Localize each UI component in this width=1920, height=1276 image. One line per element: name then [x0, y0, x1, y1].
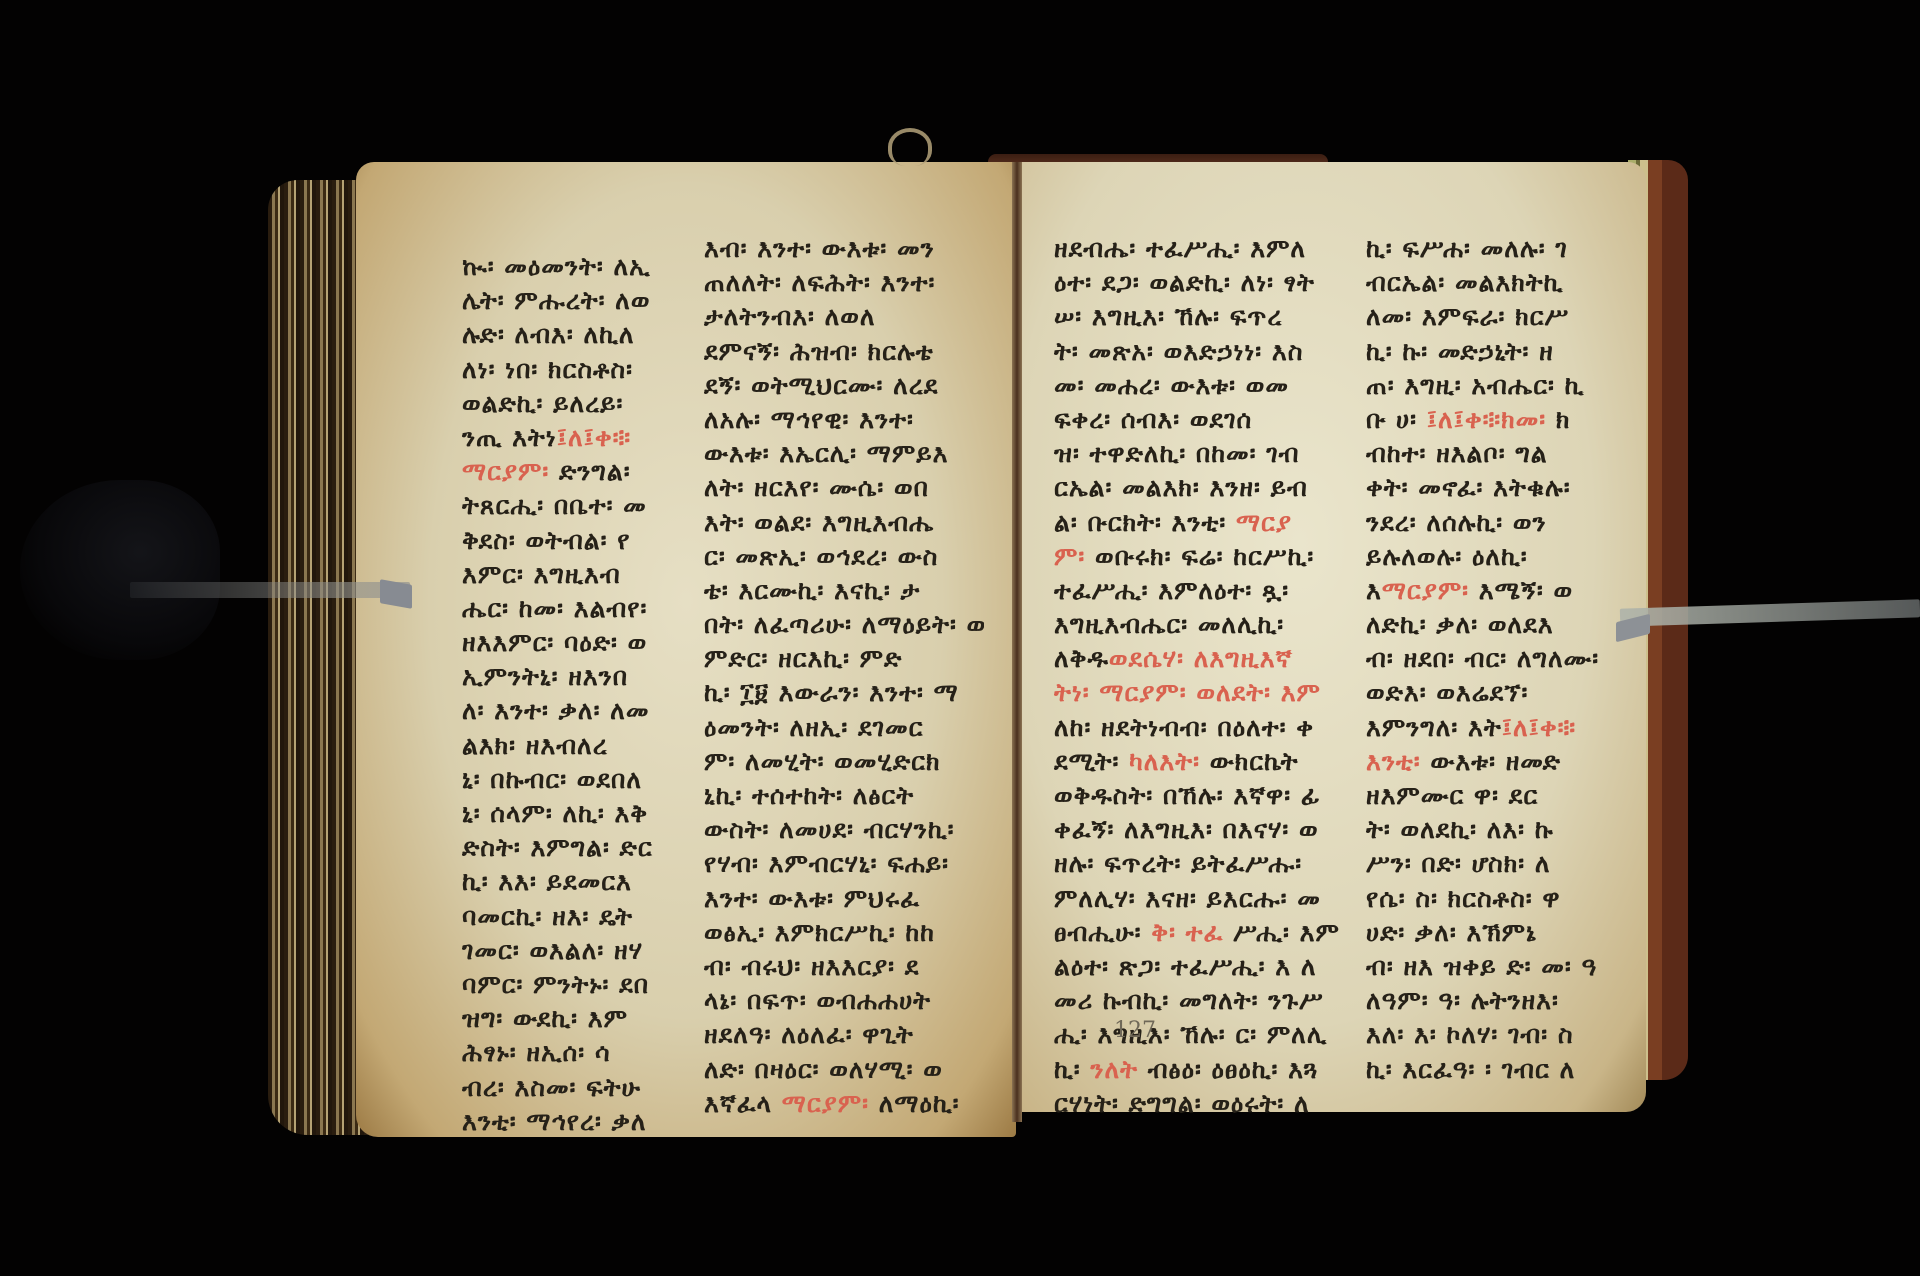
ink-text: ተፈሥሒ፡ እምለዕተ፡ ጿ፡: [1054, 576, 1289, 605]
ink-text: ልእክ፡ ዘእብለረ: [462, 731, 608, 760]
manuscript-line: ጠለለት፡ ለፍሕት፡ እንተ፡: [704, 266, 984, 300]
manuscript-line: ብከተ፡ ዘእልቦ፡ ግል: [1366, 437, 1606, 471]
ink-text: ቡ ሀ፡: [1366, 405, 1427, 434]
ink-text: ውእቱ፡ እኤርሊ፡ ማምይእ: [704, 439, 948, 468]
manuscript-line: ኪ፡ ንለት ብፅዕ፡ ዕፀዕኪ፡ እጓ: [1054, 1053, 1344, 1087]
ink-text: ባመርኪ፡ ዘእ፡ ዴት: [462, 902, 633, 931]
manuscript-line: ዘእምሙር ዋ፡ ደር: [1366, 779, 1606, 813]
manuscript-line: ቅደስ፡ ወትብል፡ የ: [462, 524, 692, 558]
ink-text: ዘእእምር፡ ባዕድ፡ ወ: [462, 628, 647, 657]
manuscript-line: ሌት፡ ምሑረት፡ ለወ: [462, 284, 692, 318]
manuscript-line: ኲ፡ መዕመንት፡ ለኢ: [462, 250, 692, 284]
ink-text: ዘደብሔ፡ ተፈሥሒ፡ እምለ: [1054, 234, 1306, 263]
ink-text: ሠ፡ እግዚእ፡ ኸሉ፡ ፍጥረ: [1054, 302, 1282, 331]
rubric-text: እንቲ፡: [1366, 747, 1421, 776]
ink-text: ደምናኝ፡ ሕዝብ፡ ክርሉቴ: [704, 337, 934, 366]
manuscript-line: ደኝ፡ ወትሚህርሙ፡ ለረደ: [704, 369, 984, 403]
ink-text: ት፡ ወለደኪ፡ ለእ፡ ኩ: [1366, 815, 1554, 844]
manuscript-line: ሀድ፡ ቃለ፡ እኽምኔ: [1366, 916, 1606, 950]
ink-text: የሴ፡ ስ፡ ክርስቶስ፡ ዋ: [1366, 884, 1561, 913]
manuscript-line: ቀት፡ መኖፈ፡ እትቁሉ፡: [1366, 471, 1606, 505]
ink-text: ቀት፡ መኖፈ፡ እትቁሉ፡: [1366, 473, 1571, 502]
manuscript-line: ብረ፡ እስመ፡ ፍትሁ: [462, 1071, 692, 1105]
ink-text: ክ: [1546, 405, 1570, 434]
manuscript-line: ሕፃኑ፡ ዘኢሰ፡ ሳ: [462, 1036, 692, 1070]
manuscript-line: ደምናኝ፡ ሕዝብ፡ ክርሉቴ: [704, 335, 984, 369]
ink-text: ንደረ፡ ለሰሉኪ፡ ወን: [1366, 508, 1547, 537]
manuscript-line: ለ፡ እንተ፡ ቃለ፡ ለመ: [462, 694, 692, 728]
ink-text: እት፡ ወልደ፡ እግዚእብሔ: [704, 508, 934, 537]
manuscript-line: ቴ፡ እርሙኪ፡ እናኪ፡ ታ: [704, 574, 984, 608]
ink-text: ኪ፡ ፲፱ እውራን፡ እንተ፡ ማ: [704, 678, 959, 707]
ink-text: ላኔ፡ በፍጥ፡ ወብሐሐሀት: [704, 986, 931, 1015]
ink-text: እምንግለ፡ እት: [1366, 713, 1502, 742]
ink-text: እብ፡ እንተ፡ ውእቱ፡ መን: [704, 234, 935, 263]
ink-text: ፀብሒሁ፡: [1054, 918, 1151, 947]
ink-text: እምር፡ እግዚእብ: [462, 560, 621, 589]
manuscript-line: ለአሉ፡ ማኅየዊ፡ እንተ፡: [704, 403, 984, 437]
ink-text: ኪ፡ ኩ፡ መድኃኒት፡ ዘ: [1366, 337, 1554, 366]
rubric-text: ፤ለ፤ቀ፨ክመ፡: [1427, 405, 1546, 434]
rubric-text: ማርያ: [1236, 508, 1292, 537]
right-page-column-a: ዘደብሔ፡ ተፈሥሒ፡ እምለዕተ፡ ደጋ፡ ወልድኪ፡ ለነ፡ ፃትሠ፡ እግ…: [1054, 232, 1344, 1121]
manuscript-line: ደሚት፡ ካለእት፡ ውክርኬት: [1054, 745, 1344, 779]
ink-text: ሒ፡ እግዚእ፡ ኸሉ፡ ር፡ ምለሊ: [1054, 1020, 1327, 1049]
ink-text: ለ፡ እንተ፡ ቃለ፡ ለመ: [462, 696, 649, 725]
ink-text: ዝ፡ ተዋድለኪ፡ በከመ፡ ገብ: [1054, 439, 1300, 468]
ink-text: ኪ፡ እእ፡ ይደመርእ: [462, 867, 632, 896]
manuscript-line: እት፡ ወልደ፡ እግዚእብሔ: [704, 506, 984, 540]
folio-number: 127: [1114, 1018, 1156, 1043]
manuscript-line: እኛፈላ ማርያም፡ ለማዕኪ፡: [704, 1087, 984, 1121]
manuscript-line: ድስት፡ እምግል፡ ድር: [462, 831, 692, 865]
manuscript-line: ልዕተ፡ ጽጋ፡ ተፈሥሒ፡ እ ለ: [1054, 950, 1344, 984]
ink-text: እግዚእብሔር፡ መለሊኪ፡: [1054, 610, 1284, 639]
ink-text: ለመ፡ እምፍራ፡ ክርሥ: [1366, 302, 1569, 331]
manuscript-line: ዘእእምር፡ ባዕድ፡ ወ: [462, 626, 692, 660]
manuscript-line: ኪ፡ ኩ፡ መድኃኒት፡ ዘ: [1366, 335, 1606, 369]
ink-text: ብርኤል፡ መልእክትኪ: [1366, 268, 1563, 297]
manuscript-line: ቡ ሀ፡ ፤ለ፤ቀ፨ክመ፡ ክ: [1366, 403, 1606, 437]
manuscript-line: ብ፡ ዘእ ዝቀይ ድ፡ መ፡ ዓ: [1366, 950, 1606, 984]
ink-text: ርሃነት፡ ድግግል፡ ወዕሩት፡ ለ: [1054, 1089, 1310, 1118]
ink-text: ሥን፡ በድ፡ ሆስክ፡ ለ: [1366, 849, 1551, 878]
rubric-text: ቅ፡ ተፈ: [1151, 918, 1223, 947]
manuscript-line: ዘደለዓ፡ ለዕለፈ፡ ዋጊት: [704, 1018, 984, 1052]
manuscript-line: ጠ፡ እግዚ፡ አብሔር፡ ኪ: [1366, 369, 1606, 403]
ink-text: ቴ፡ እርሙኪ፡ እናኪ፡ ታ: [704, 576, 920, 605]
ink-text: ኒኪ፡ ተሰተከት፡ ለፅርት: [704, 781, 914, 810]
gutter: [1012, 162, 1022, 1122]
manuscript-line: ምለሊሃ፡ እናዘ፡ ይእርሑ፡ መ: [1054, 882, 1344, 916]
manuscript-line: የሃብ፡ እምብርሃኒ፡ ፍሐይ፡: [704, 847, 984, 881]
ink-text: ር፡ መጽኢ፡ ወኅደረ፡ ውስ: [704, 542, 938, 571]
ink-text: ኒ፡ ሰላም፡ ለኪ፡ እቅ: [462, 799, 648, 828]
manuscript-line: ገመር፡ ወእልለ፡ ዘሃ: [462, 934, 692, 968]
manuscript-line: ለድኪ፡ ቃለ፡ ወለደእ: [1366, 608, 1606, 642]
ink-text: ምለሊሃ፡ እናዘ፡ ይእርሑ፡ መ: [1054, 884, 1321, 913]
ink-text: ብ፡ ብሩህ፡ ዘእእርያ፡ ደ: [704, 952, 919, 981]
left-page-column-b: እብ፡ እንተ፡ ውእቱ፡ መንጠለለት፡ ለፍሕት፡ እንተ፡ታለትንብእ፡ …: [704, 232, 984, 1121]
ink-text: ውእቱ፡ ዘመድ: [1421, 747, 1561, 776]
manuscript-line: ዘደብሔ፡ ተፈሥሒ፡ እምለ: [1054, 232, 1344, 266]
manuscript-line: እንተ፡ ውእቱ፡ ምህሩፈ: [704, 882, 984, 916]
manuscript-line: ለነ፡ ነበ፡ ክርስቶስ፡: [462, 353, 692, 387]
manuscript-line: ሠ፡ እግዚእ፡ ኸሉ፡ ፍጥረ: [1054, 300, 1344, 334]
rubric-text: ፤ለ፤ቀ፨: [1502, 713, 1576, 742]
ink-text: በት፡ ለፈጣሪሁ፡ ለማዕይት፡ ወ: [704, 610, 984, 639]
ink-text: ወልድኪ፡ ይለረይ፡: [462, 389, 623, 418]
ink-text: ኲ፡ መዕመንት፡ ለኢ: [462, 252, 651, 281]
manuscript-line: ኪ፡ ፍሥሐ፡ መለሉ፡ ገ: [1366, 232, 1606, 266]
ink-text: ሀድ፡ ቃለ፡ እኽምኔ: [1366, 918, 1537, 947]
ink-text: ርኤል፡ መልእክ፡ እንዘ፡ ይብ: [1054, 473, 1308, 502]
manuscript-line: ብ፡ ብሩህ፡ ዘእእርያ፡ ደ: [704, 950, 984, 984]
manuscript-line: እግዚእብሔር፡ መለሊኪ፡: [1054, 608, 1344, 642]
ink-text: ዕመንት፡ ለዘኢ፡ ደገመር: [704, 713, 923, 742]
rubric-text: ማርያም፡: [462, 457, 549, 486]
rubric-text: ወደሴሃ፡ ለእግዚእኛ: [1109, 644, 1293, 673]
ink-text: ሌት፡ ምሑረት፡ ለወ: [462, 286, 650, 315]
ink-text: ውክርኬት: [1200, 747, 1298, 776]
ink-text: ገመር፡ ወእልለ፡ ዘሃ: [462, 936, 643, 965]
manuscript-line: ር፡ መጽኢ፡ ወኅደረ፡ ውስ: [704, 540, 984, 574]
manuscript-line: ብ፡ ዘደበ፡ ብር፡ ለግለሙ፡: [1366, 642, 1606, 676]
ink-text: እ: [1366, 576, 1382, 605]
manuscript-line: ሉድ፡ ለብእ፡ ለኪለ: [462, 318, 692, 352]
ink-text: የሃብ፡ እምብርሃኒ፡ ፍሐይ፡: [704, 849, 949, 878]
manuscript-line: ለከ፡ ዘደትነብብ፡ በዕለተ፡ ቀ: [1054, 711, 1344, 745]
ink-text: ም፡ ለመሂት፡ ወመሂድርክ: [704, 747, 941, 776]
ink-text: መ፡ መሐረ፡ ውእቱ፡ ወመ: [1054, 371, 1289, 400]
manuscript-line: ወቅዱስት፡ በኸሉ፡ እኛዋ፡ ፊ: [1054, 779, 1344, 813]
manuscript-line: የሴ፡ ስ፡ ክርስቶስ፡ ዋ: [1366, 882, 1606, 916]
manuscript-line: ማርያም፡ ድንግል፡: [462, 455, 692, 489]
ink-text: ቅደስ፡ ወትብል፡ የ: [462, 526, 630, 555]
ink-text: ደሚት፡: [1054, 747, 1129, 776]
manuscript-line: ለት፡ ዘርእየ፡ ሙሴ፡ ወበ: [704, 471, 984, 505]
ink-text: ድንግል፡: [549, 457, 630, 486]
ink-text: ብፅዕ፡ ዕፀዕኪ፡ እጓ: [1138, 1055, 1318, 1084]
manuscript-line: ይሉለወሉ፡ ዕለኪ፡: [1366, 540, 1606, 574]
ink-text: ጠለለት፡ ለፍሕት፡ እንተ፡: [704, 268, 935, 297]
ink-text: ይሉለወሉ፡ ዕለኪ፡: [1366, 542, 1528, 571]
manuscript-line: ታለትንብእ፡ ለወለ: [704, 300, 984, 334]
manuscript-line: ለቅዱወደሴሃ፡ ለእግዚእኛ: [1054, 642, 1344, 676]
manuscript-line: ባምር፡ ምንትኑ፡ ደበ: [462, 968, 692, 1002]
manuscript-line: ላኔ፡ በፍጥ፡ ወብሐሐሀት: [704, 984, 984, 1018]
manuscript-line: ዝ፡ ተዋድለኪ፡ በከመ፡ ገብ: [1054, 437, 1344, 471]
ink-text: ለድ፡ በዛዕር፡ ወለሃሚ፡ ወ: [704, 1055, 943, 1084]
manuscript-line: ውስት፡ ለመሀደ፡ ብርሃንኪ፡: [704, 813, 984, 847]
manuscript-line: ፀብሒሁ፡ ቅ፡ ተፈ ሥሒ፡ እም: [1054, 916, 1344, 950]
manuscript-line: ወፅኢ፡ እምክርሥኪ፡ ከከ: [704, 916, 984, 950]
manuscript-line: ኪ፡ እእ፡ ይደመርእ: [462, 865, 692, 899]
ink-text: ታለትንብእ፡ ለወለ: [704, 302, 876, 331]
ink-text: መሪ ኩብኪ፡ መግለት፡ ንጉሥ: [1054, 986, 1324, 1015]
ink-text: እሜኝ፡ ወ: [1469, 576, 1573, 605]
manuscript-line: እብ፡ እንተ፡ ውእቱ፡ መን: [704, 232, 984, 266]
ink-text: ወቡሩክ፡ ፍሬ፡ ከርሥኪ፡: [1085, 542, 1314, 571]
ink-text: ሕፃኑ፡ ዘኢሰ፡ ሳ: [462, 1038, 611, 1067]
manuscript-line: ተፈሥሒ፡ እምለዕተ፡ ጿ፡: [1054, 574, 1344, 608]
acrylic-page-holder-left: [130, 582, 410, 598]
ink-text: ኪ፡ ፍሥሐ፡ መለሉ፡ ገ: [1366, 234, 1568, 263]
manuscript-line: ምድር፡ ዘርእኪ፡ ምድ: [704, 642, 984, 676]
manuscript-line: በት፡ ለፈጣሪሁ፡ ለማዕይት፡ ወ: [704, 608, 984, 642]
rubric-text: ም፡: [1054, 542, 1085, 571]
manuscript-line: ንደረ፡ ለሰሉኪ፡ ወን: [1366, 506, 1606, 540]
ink-text: ብ፡ ዘደበ፡ ብር፡ ለግለሙ፡: [1366, 644, 1599, 673]
manuscript-line: ትነ፡ ማርያም፡ ወለደት፡ እም: [1054, 676, 1344, 710]
ink-text: ዘእምሙር ዋ፡ ደር: [1366, 781, 1538, 810]
rubric-text: ንለት: [1090, 1055, 1138, 1084]
manuscript-line: ኪ፡ ፲፱ እውራን፡ እንተ፡ ማ: [704, 676, 984, 710]
manuscript-line: ትጸርሒ፡ በቤተ፡ መ: [462, 489, 692, 523]
ink-text: ብከተ፡ ዘእልቦ፡ ግል: [1366, 439, 1548, 468]
ink-text: ኪ፡: [1054, 1055, 1090, 1084]
ink-text: ንጢ እትነ: [462, 423, 557, 452]
ink-text: ዕተ፡ ደጋ፡ ወልድኪ፡ ለነ፡ ፃት: [1054, 268, 1315, 297]
left-page-column-a: ኲ፡ መዕመንት፡ ለኢሌት፡ ምሑረት፡ ለወሉድ፡ ለብእ፡ ለኪለለነ፡ …: [462, 250, 692, 1139]
manuscript-line: ኒ፡ ሰላም፡ ለኪ፡ እቅ: [462, 797, 692, 831]
manuscript-line: ውእቱ፡ እኤርሊ፡ ማምይእ: [704, 437, 984, 471]
ink-text: ልዕተ፡ ጽጋ፡ ተፈሥሒ፡ እ ለ: [1054, 952, 1316, 981]
ink-text: ኢምንትኒ፡ ዘእንበ: [462, 662, 628, 691]
ink-text: ወድእ፡ ወእሬደኘ፡: [1366, 678, 1528, 707]
ink-text: ለድኪ፡ ቃለ፡ ወለደእ: [1366, 610, 1554, 639]
ink-text: ጠ፡ እግዚ፡ አብሔር፡ ኪ: [1366, 371, 1584, 400]
manuscript-line: ም፡ ለመሂት፡ ወመሂድርክ: [704, 745, 984, 779]
manuscript-line: ቀፈኝ፡ ለእግዚእ፡ በእናሃ፡ ወ: [1054, 813, 1344, 847]
ink-text: ውስት፡ ለመሀደ፡ ብርሃንኪ፡: [704, 815, 955, 844]
ink-text: ፍቀረ፡ ሰብእ፡ ወደገሰ: [1054, 405, 1252, 434]
ink-text: እንተ፡ ውእቱ፡ ምህሩፈ: [704, 884, 920, 913]
ink-text: ሔር፡ ከመ፡ እልብየ፡: [462, 594, 647, 623]
rubric-text: ካለእት፡: [1129, 747, 1200, 776]
ink-text: ብ፡ ዘእ ዝቀይ ድ፡ መ፡ ዓ: [1366, 952, 1597, 981]
manuscript-line: ል፡ ቡርክት፡ እንቲ፡ ማርያ: [1054, 506, 1344, 540]
manuscript-line: እምንግለ፡ እት፤ለ፤ቀ፨: [1366, 711, 1606, 745]
manuscript-line: ኪ፡ እርፈዓ፡ ፡ ገብር ለ: [1366, 1053, 1606, 1087]
manuscript-line: ዕመንት፡ ለዘኢ፡ ደገመር: [704, 711, 984, 745]
ink-text: ሉድ፡ ለብእ፡ ለኪለ: [462, 320, 635, 349]
manuscript-line: እማርያም፡ እሜኝ፡ ወ: [1366, 574, 1606, 608]
ink-text: ት፡ መጽአ፡ ወእድኃነነ፡ እስ: [1054, 337, 1303, 366]
manuscript-line: እንቲ፡ ማኅየረ፡ ቃለ: [462, 1105, 692, 1139]
manuscript-line: ብርኤል፡ መልእክትኪ: [1366, 266, 1606, 300]
ink-text: ዝግ፡ ውደኪ፡ እም: [462, 1004, 628, 1033]
ink-text: ሥሒ፡ እም: [1223, 918, 1339, 947]
gloved-hand-shadow: [20, 480, 220, 660]
ink-text: ድስት፡ እምግል፡ ድር: [462, 833, 653, 862]
ink-text: ዘደለዓ፡ ለዕለፈ፡ ዋጊት: [704, 1020, 914, 1049]
manuscript-line: ሒ፡ እግዚእ፡ ኸሉ፡ ር፡ ምለሊ: [1054, 1018, 1344, 1052]
manuscript-line: ርኤል፡ መልእክ፡ እንዘ፡ ይብ: [1054, 471, 1344, 505]
manuscript-line: ት፡ መጽአ፡ ወእድኃነነ፡ እስ: [1054, 335, 1344, 369]
ink-text: ለከ፡ ዘደትነብብ፡ በዕለተ፡ ቀ: [1054, 713, 1314, 742]
ink-text: ትጸርሒ፡ በቤተ፡ መ: [462, 491, 647, 520]
manuscript-line: ወልድኪ፡ ይለረይ፡: [462, 387, 692, 421]
ink-text: ባምር፡ ምንትኑ፡ ደበ: [462, 970, 649, 999]
ink-text: እለ፡ እ፡ ኮለሃ፡ ገብ፡ ስ: [1366, 1020, 1574, 1049]
manuscript-line: ወድእ፡ ወእሬደኘ፡: [1366, 676, 1606, 710]
rubric-text: ፤ለ፤ቀ፨: [557, 423, 631, 452]
manuscript-line: ለመ፡ እምፍራ፡ ክርሥ: [1366, 300, 1606, 334]
ink-text: እንቲ፡ ማኅየረ፡ ቃለ: [462, 1107, 647, 1136]
binding-thread: [888, 128, 932, 166]
manuscript-line: ሥን፡ በድ፡ ሆስክ፡ ለ: [1366, 847, 1606, 881]
manuscript-line: ት፡ ወለደኪ፡ ለእ፡ ኩ: [1366, 813, 1606, 847]
rubric-text: ትነ፡ ማርያም፡ ወለደት፡ እም: [1054, 678, 1321, 707]
ink-text: ምድር፡ ዘርእኪ፡ ምድ: [704, 644, 902, 673]
ink-text: ብረ፡ እስመ፡ ፍትሁ: [462, 1073, 641, 1102]
manuscript-line: መሪ ኩብኪ፡ መግለት፡ ንጉሥ: [1054, 984, 1344, 1018]
rubric-text: ማርያም፡: [782, 1089, 869, 1118]
left-page-edges: [268, 180, 368, 1135]
manuscript-line: ኢምንትኒ፡ ዘእንበ: [462, 660, 692, 694]
manuscript-line: ባመርኪ፡ ዘእ፡ ዴት: [462, 900, 692, 934]
ink-text: ኪ፡ እርፈዓ፡ ፡ ገብር ለ: [1366, 1055, 1575, 1084]
manuscript-line: ዕተ፡ ደጋ፡ ወልድኪ፡ ለነ፡ ፃት: [1054, 266, 1344, 300]
ink-text: ለነ፡ ነበ፡ ክርስቶስ፡: [462, 355, 633, 384]
manuscript-line: ርሃነት፡ ድግግል፡ ወዕሩት፡ ለ: [1054, 1087, 1344, 1121]
manuscript-line: ም፡ ወቡሩክ፡ ፍሬ፡ ከርሥኪ፡: [1054, 540, 1344, 574]
ink-text: ወፅኢ፡ እምክርሥኪ፡ ከከ: [704, 918, 935, 947]
manuscript-line: መ፡ መሐረ፡ ውእቱ፡ ወመ: [1054, 369, 1344, 403]
manuscript-line: ልእክ፡ ዘእብለረ: [462, 729, 692, 763]
ink-text: ለማዕኪ፡: [869, 1089, 959, 1118]
ink-text: ወቅዱስት፡ በኸሉ፡ እኛዋ፡ ፊ: [1054, 781, 1320, 810]
manuscript-line: ለዓም፡ ዓ፡ ሉትንዘእ፡: [1366, 984, 1606, 1018]
rubric-text: ማርያም፡: [1382, 576, 1469, 605]
manuscript-line: እምር፡ እግዚእብ: [462, 558, 692, 592]
manuscript-line: ንጢ እትነ፤ለ፤ቀ፨: [462, 421, 692, 455]
ink-text: ቀፈኝ፡ ለእግዚእ፡ በእናሃ፡ ወ: [1054, 815, 1319, 844]
manuscript-line: ፍቀረ፡ ሰብእ፡ ወደገሰ: [1054, 403, 1344, 437]
manuscript-line: ለድ፡ በዛዕር፡ ወለሃሚ፡ ወ: [704, 1053, 984, 1087]
ink-text: ለዓም፡ ዓ፡ ሉትንዘእ፡: [1366, 986, 1559, 1015]
manuscript-line: ኒ፡ በኩብር፡ ወደበለ: [462, 763, 692, 797]
manuscript-line: እለ፡ እ፡ ኮለሃ፡ ገብ፡ ስ: [1366, 1018, 1606, 1052]
manuscript-line: ዝግ፡ ውደኪ፡ እም: [462, 1002, 692, 1036]
ink-text: ደኝ፡ ወትሚህርሙ፡ ለረደ: [704, 371, 938, 400]
ink-text: ለአሉ፡ ማኅየዊ፡ እንተ፡: [704, 405, 914, 434]
right-page-column-b: ኪ፡ ፍሥሐ፡ መለሉ፡ ገብርኤል፡ መልእክትኪለመ፡ እምፍራ፡ ክርሥኪ…: [1366, 232, 1606, 1087]
ink-text: ኒ፡ በኩብር፡ ወደበለ: [462, 765, 642, 794]
manuscript-line: እንቲ፡ ውእቱ፡ ዘመድ: [1366, 745, 1606, 779]
ink-text: ዘሉ፡ ፍጥረት፡ ይትፈሥሑ፡: [1054, 849, 1302, 878]
ink-text: ል፡ ቡርክት፡ እንቲ፡: [1054, 508, 1236, 537]
manuscript-line: ኒኪ፡ ተሰተከት፡ ለፅርት: [704, 779, 984, 813]
ink-text: እኛፈላ: [704, 1089, 782, 1118]
manuscript-line: ሔር፡ ከመ፡ እልብየ፡: [462, 592, 692, 626]
manuscript-line: ዘሉ፡ ፍጥረት፡ ይትፈሥሑ፡: [1054, 847, 1344, 881]
ink-text: ለቅዱ: [1054, 644, 1109, 673]
ink-text: ለት፡ ዘርእየ፡ ሙሴ፡ ወበ: [704, 473, 929, 502]
